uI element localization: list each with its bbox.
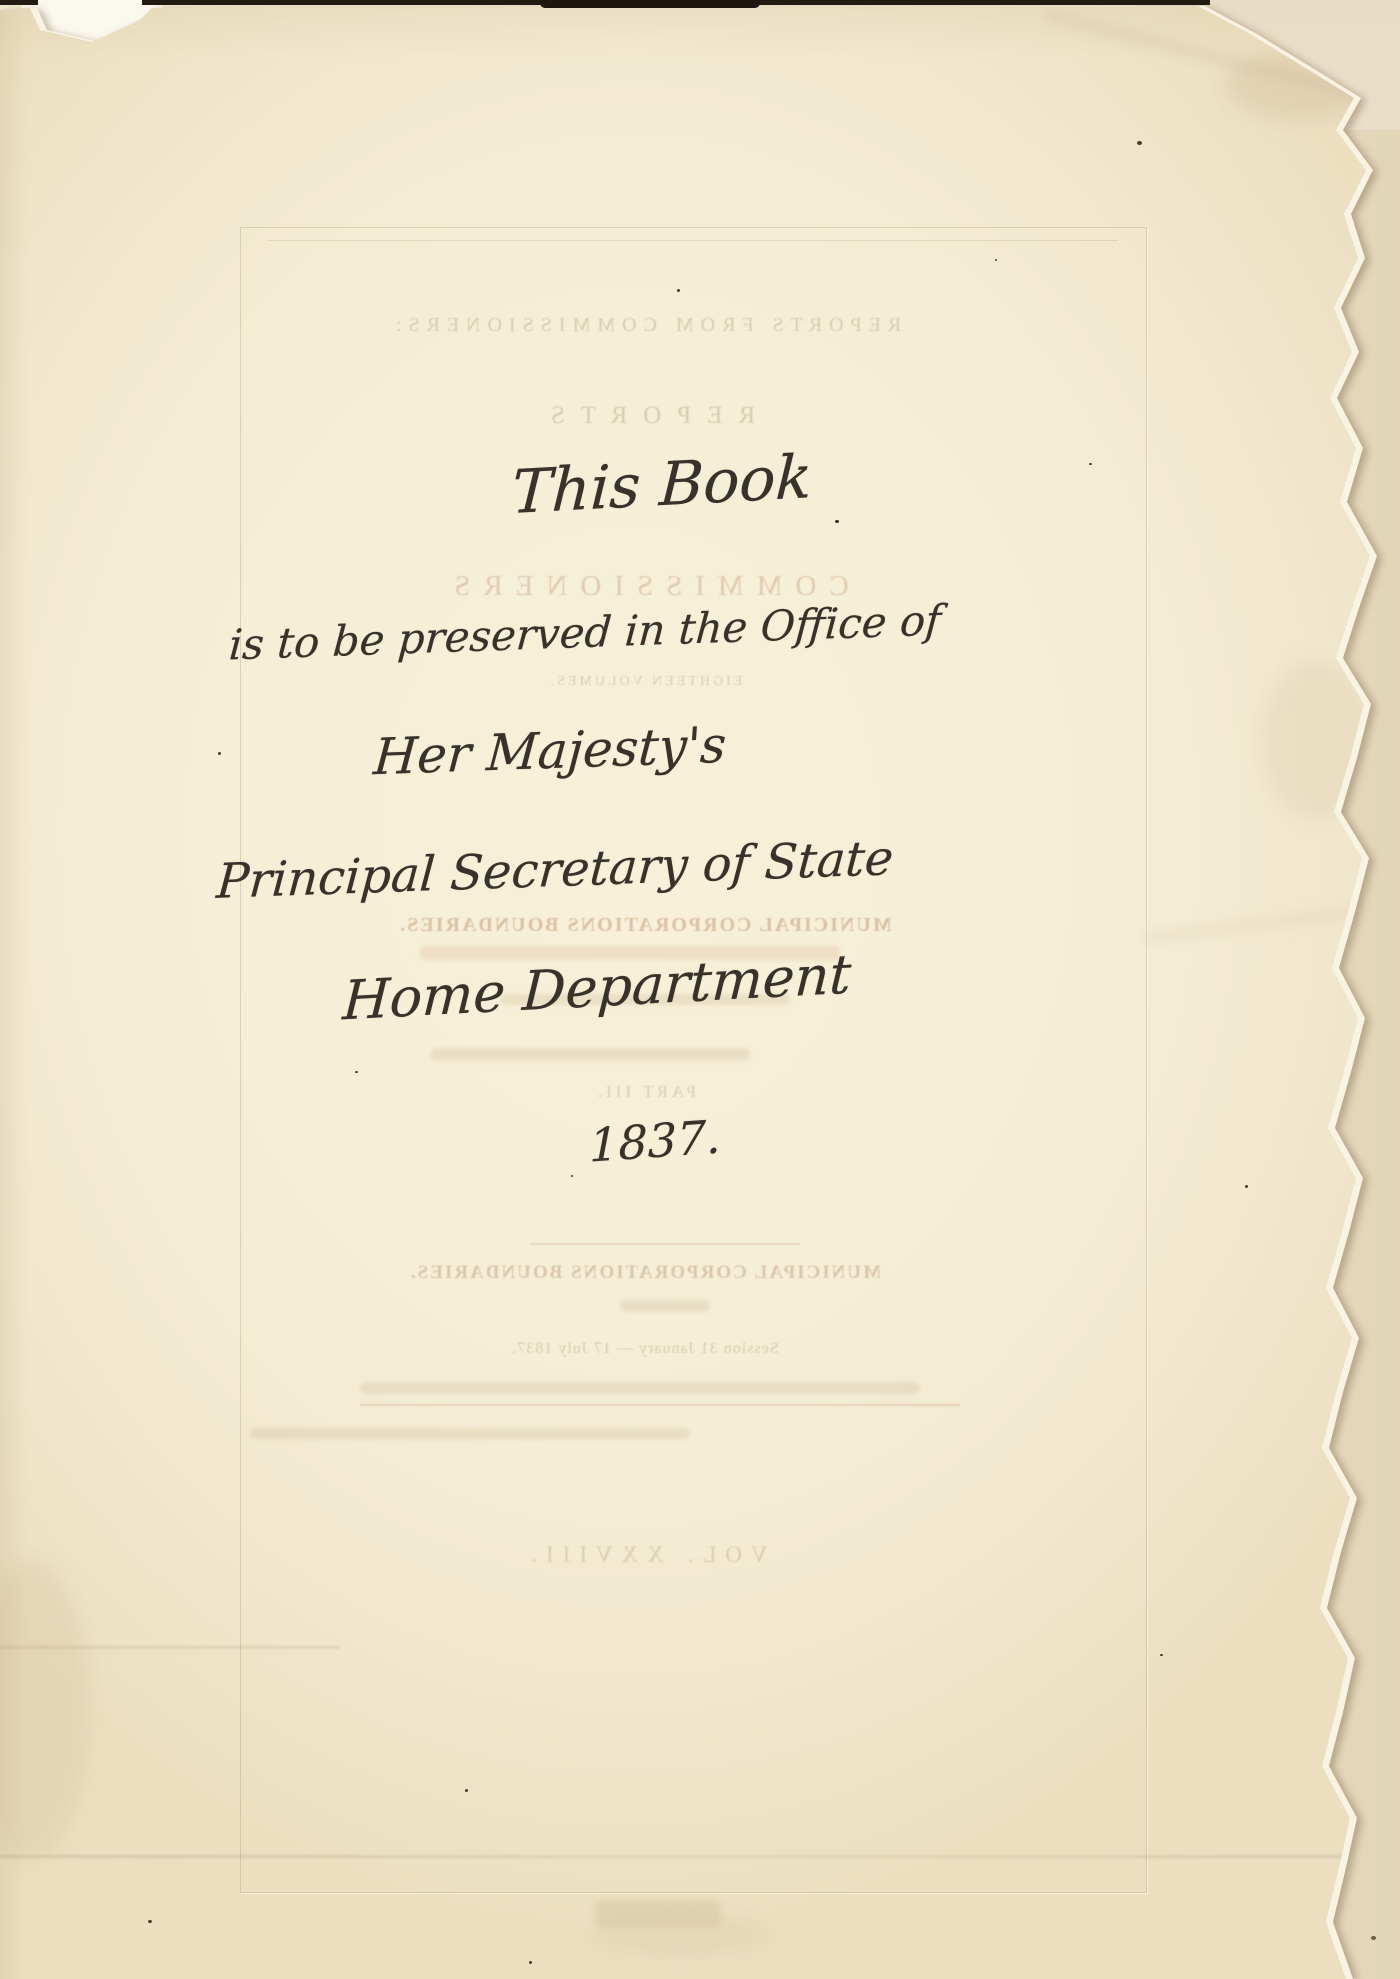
paper-crease xyxy=(1044,10,1367,100)
show-through-smear xyxy=(250,1428,690,1439)
ink-speck xyxy=(465,1789,468,1792)
ink-speck xyxy=(1137,141,1142,145)
ink-speck xyxy=(148,1920,152,1923)
ink-speck xyxy=(1371,1936,1376,1940)
ink-speck xyxy=(571,1175,573,1177)
ink-speck xyxy=(995,259,997,261)
paper-crease xyxy=(0,1855,1400,1858)
ink-speck xyxy=(677,289,680,292)
show-through-smear xyxy=(430,1048,750,1061)
paper-crease xyxy=(0,1646,340,1649)
ink-speck xyxy=(1089,463,1092,465)
page-wrap: REPORTS FROM COMMISSIONERS: REPORTS COMM… xyxy=(0,0,1400,1979)
scan-top-edge xyxy=(0,0,38,5)
ink-speck xyxy=(1160,1654,1163,1656)
foxing-blotch xyxy=(0,1560,90,1860)
blind-embossed-frame-inner-line xyxy=(268,240,1118,241)
ink-speck xyxy=(355,1071,358,1073)
show-through-rule xyxy=(360,1404,960,1406)
ink-speck xyxy=(529,1961,532,1964)
paper-page: REPORTS FROM COMMISSIONERS: REPORTS COMM… xyxy=(0,0,1400,1979)
show-through-smear xyxy=(620,1300,710,1312)
scanned-book-page: { "inscription": { "lines": [ "This Book… xyxy=(0,0,1400,1979)
foxing-blotch xyxy=(590,1915,770,1955)
scan-top-edge xyxy=(540,0,760,8)
show-through-smear xyxy=(360,1382,920,1394)
ink-speck xyxy=(1245,1185,1248,1188)
show-through-rule xyxy=(530,1243,800,1245)
ink-speck xyxy=(835,520,839,523)
ink-speck xyxy=(218,752,221,755)
